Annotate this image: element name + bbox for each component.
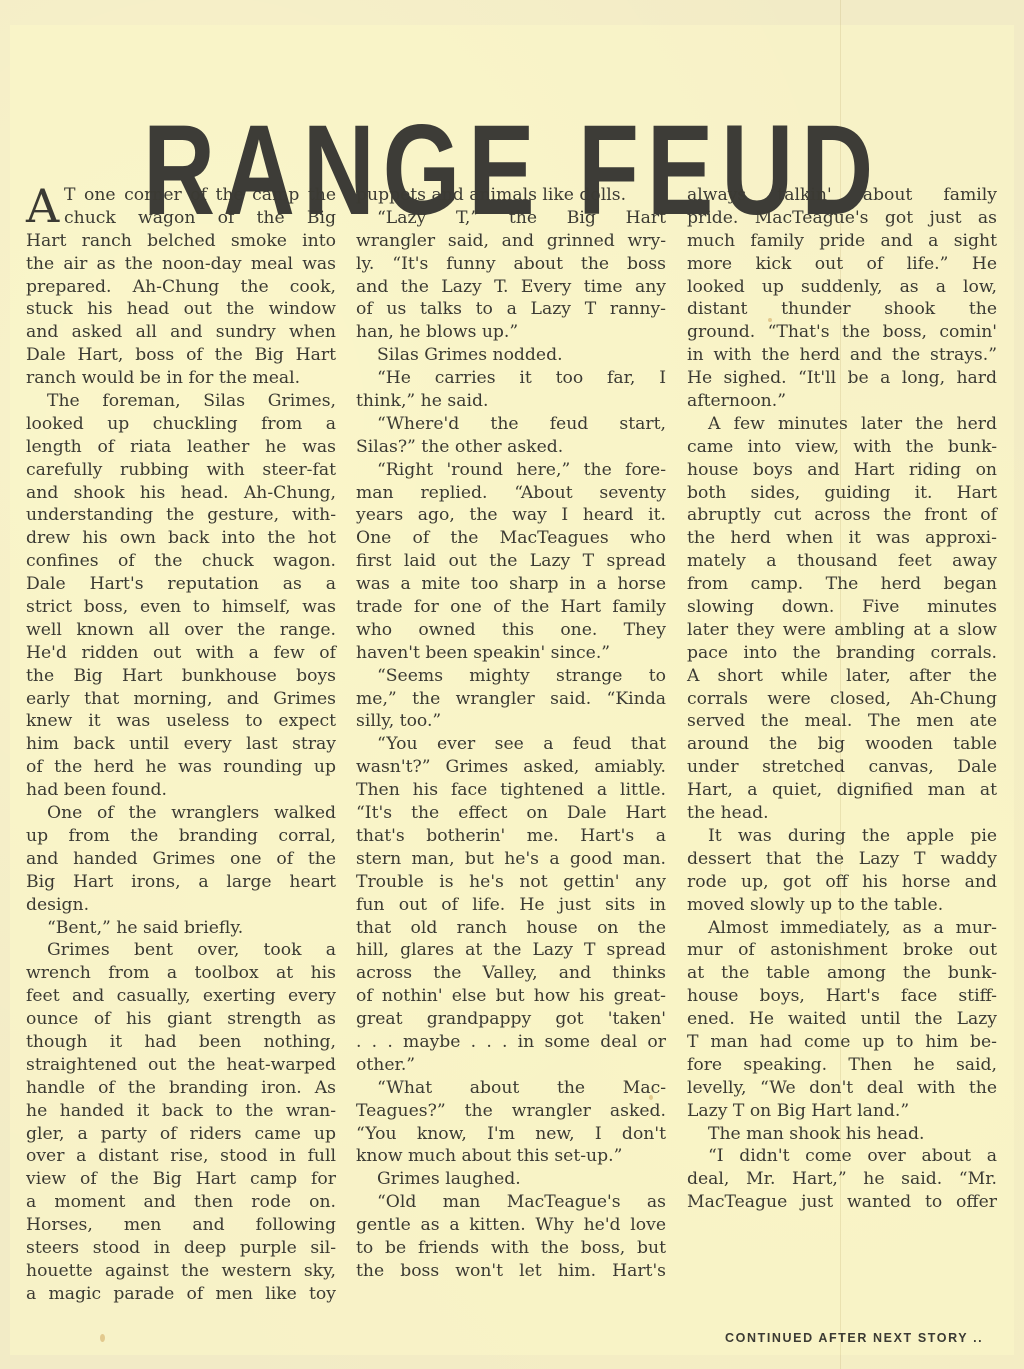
text-line: corrals were closed, Ah-Chung (687, 688, 997, 711)
text-line: ly. “It's funny about the boss (356, 253, 666, 276)
text-line: him back until every last stray (26, 733, 336, 756)
magazine-page: RANGE FEUD A T one corner of the camp th… (0, 0, 1024, 1369)
text-line: served the meal. The men ate (687, 710, 997, 733)
text-line: “You ever see a feud that (356, 733, 666, 756)
text-line: “I didn't come over about a (687, 1145, 997, 1168)
text-line: and the Lazy T. Every time any (356, 276, 666, 299)
text-line: ened. He waited until the Lazy (687, 1008, 997, 1031)
text-line: distant thunder shook the (687, 298, 997, 321)
text-line: of nothin' else but how his great- (356, 985, 666, 1008)
text-line: came into view, with the bunk- (687, 436, 997, 459)
text-line: the herd when it was approxi- (687, 527, 997, 550)
text-line: the boss won't let him. Hart's (356, 1260, 666, 1283)
text-line: the Big Hart bunkhouse boys (26, 665, 336, 688)
text-line: gentle as a kitten. Why he'd love (356, 1214, 666, 1237)
text-line: mur of astonishment broke out (687, 939, 997, 962)
text-line: years ago, the way I heard it. (356, 504, 666, 527)
text-line: fore speaking. Then he said, (687, 1054, 997, 1077)
text-line: looked up chuckling from a (26, 413, 336, 436)
text-line: rode up, got off his horse and (687, 871, 997, 894)
text-line: mately a thousand feet away (687, 550, 997, 573)
text-line: Teagues?” the wrangler asked. (356, 1100, 666, 1123)
text-line: and asked all and sundry when (26, 321, 336, 344)
text-line: understanding the gesture, with- (26, 504, 336, 527)
text-line: stuck his head out the window (26, 298, 336, 321)
text-line: “It's the effect on Dale Hart (356, 802, 666, 825)
text-line: across the Valley, and thinks (356, 962, 666, 985)
text-line: around the big wooden table (687, 733, 997, 756)
text-line: pride. MacTeague's got just as (687, 207, 997, 230)
text-line: ranch would be in for the meal. (26, 367, 336, 390)
text-line: “He carries it too far, I (356, 367, 666, 390)
text-line: “What about the Mac- (356, 1077, 666, 1100)
text-line: fun out of life. He just sits in (356, 894, 666, 917)
text-line: He'd ridden out with a few of (26, 642, 336, 665)
text-line: wrench from a toolbox at his (26, 962, 336, 985)
text-line: chuck wagon of the Big (26, 207, 336, 230)
text-line: other.” (356, 1054, 666, 1077)
drop-cap: A (26, 186, 59, 226)
text-line: A few minutes later the herd (687, 413, 997, 436)
text-line: over a distant rise, stood in full (26, 1145, 336, 1168)
text-line: that old ranch house on the (356, 917, 666, 940)
text-line: levelly, “We don't deal with the (687, 1077, 997, 1100)
text-line: . . . maybe . . . in some deal or (356, 1031, 666, 1054)
text-line: slowing down. Five minutes (687, 596, 997, 619)
text-line: was a mite too sharp in a horse (356, 573, 666, 596)
text-line: Dale Hart, boss of the Big Hart (26, 344, 336, 367)
text-line: in with the herd and the strays.” (687, 344, 997, 367)
text-line: design. (26, 894, 336, 917)
text-line: house boys, Hart's face stiff- (687, 985, 997, 1008)
text-line: drew his own back into the hot (26, 527, 336, 550)
text-line: prepared. Ah-Chung the cook, (26, 276, 336, 299)
text-line: stern man, but he's a good man. (356, 848, 666, 871)
text-line: that's botherin' me. Hart's a (356, 825, 666, 848)
text-line: haven't been speakin' since.” (356, 642, 666, 665)
text-line: me,” the wrangler said. “Kinda (356, 688, 666, 711)
text-line: Silas?” the other asked. (356, 436, 666, 459)
text-line: looked up suddenly, as a low, (687, 276, 997, 299)
text-line: know much about this set-up.” (356, 1145, 666, 1168)
text-line: strict boss, even to himself, was (26, 596, 336, 619)
text-line: a magic parade of men like toy (26, 1283, 336, 1306)
text-line: straightened out the heat-warped (26, 1054, 336, 1077)
text-line: steers stood in deep purple sil- (26, 1237, 336, 1260)
text-line: “Where'd the feud start, (356, 413, 666, 436)
text-line: and shook his head. Ah-Chung, (26, 482, 336, 505)
text-line: trade for one of the Hart family (356, 596, 666, 619)
text-line: handle of the branding iron. As (26, 1077, 336, 1100)
text-line: The man shook his head. (687, 1123, 997, 1146)
text-line: han, he blows up.” (356, 321, 666, 344)
text-line: He sighed. “It'll be a long, hard (687, 367, 997, 390)
text-line: man replied. “About seventy (356, 482, 666, 505)
text-line: Trouble is he's not gettin' any (356, 871, 666, 894)
text-line: first laid out the Lazy T spread (356, 550, 666, 573)
text-line: One of the MacTeagues who (356, 527, 666, 550)
text-line: wrangler said, and grinned wry- (356, 230, 666, 253)
text-line: dessert that the Lazy T waddy (687, 848, 997, 871)
text-line: of us talks to a Lazy T ranny- (356, 298, 666, 321)
text-line: confines of the chuck wagon. (26, 550, 336, 573)
text-line: Hart, a quiet, dignified man at (687, 779, 997, 802)
text-line: silly, too.” (356, 710, 666, 733)
continued-notice: CONTINUED AFTER NEXT STORY .. (725, 1331, 983, 1345)
text-line: Silas Grimes nodded. (356, 344, 666, 367)
text-column-2: puppets and animals like dolls.“Lazy T,”… (356, 184, 666, 1283)
text-line: under stretched canvas, Dale (687, 756, 997, 779)
text-line: MacTeague just wanted to offer (687, 1191, 997, 1214)
text-line: to be friends with the boss, but (356, 1237, 666, 1260)
text-line: length of riata leather he was (26, 436, 336, 459)
text-line: later they were ambling at a slow (687, 619, 997, 642)
text-line: had been found. (26, 779, 336, 802)
text-line: house boys and Hart riding on (687, 459, 997, 482)
text-line: Grimes bent over, took a (26, 939, 336, 962)
text-line: moved slowly up to the table. (687, 894, 997, 917)
text-line: Almost immediately, as a mur- (687, 917, 997, 940)
text-line: and handed Grimes one of the (26, 848, 336, 871)
text-line: Lazy T on Big Hart land.” (687, 1100, 997, 1123)
text-line: view of the Big Hart camp for (26, 1168, 336, 1191)
text-line: T one corner of the camp the (26, 184, 336, 207)
text-line: houette against the western sky, (26, 1260, 336, 1283)
text-line: well known all over the range. (26, 619, 336, 642)
text-line: Dale Hart's reputation as a (26, 573, 336, 596)
text-line: from camp. The herd began (687, 573, 997, 596)
text-line: always talkin' about family (687, 184, 997, 207)
text-line: “Seems mighty strange to (356, 665, 666, 688)
text-line: hill, glares at the Lazy T spread (356, 939, 666, 962)
text-line: ground. “That's the boss, comin' (687, 321, 997, 344)
text-line: carefully rubbing with steer-fat (26, 459, 336, 482)
text-line: the air as the noon-day meal was (26, 253, 336, 276)
text-line: wasn't?” Grimes asked, amiably. (356, 756, 666, 779)
text-line: A short while later, after the (687, 665, 997, 688)
text-line: pace into the branding corrals. (687, 642, 997, 665)
text-line: feet and casually, exerting every (26, 985, 336, 1008)
text-line: though it had been nothing, (26, 1031, 336, 1054)
text-line: One of the wranglers walked (26, 802, 336, 825)
text-line: think,” he said. (356, 390, 666, 413)
text-line: “Lazy T,” the Big Hart (356, 207, 666, 230)
text-line: the head. (687, 802, 997, 825)
text-line: more kick out of life.” He (687, 253, 997, 276)
text-line: The foreman, Silas Grimes, (26, 390, 336, 413)
text-line: up from the branding corral, (26, 825, 336, 848)
text-column-1: A T one corner of the camp thechuck wago… (26, 184, 336, 1306)
text-line: abruptly cut across the front of (687, 504, 997, 527)
text-line: at the table among the bunk- (687, 962, 997, 985)
text-line: a moment and then rode on. (26, 1191, 336, 1214)
text-line: Grimes laughed. (356, 1168, 666, 1191)
text-line: T man had come up to him be- (687, 1031, 997, 1054)
text-line: Hart ranch belched smoke into (26, 230, 336, 253)
text-line: “You know, I'm new, I don't (356, 1123, 666, 1146)
text-line: early that morning, and Grimes (26, 688, 336, 711)
text-line: Horses, men and following (26, 1214, 336, 1237)
text-line: deal, Mr. Hart,” he said. “Mr. (687, 1168, 997, 1191)
paper-stain (100, 1334, 105, 1342)
text-line: he handed it back to the wran- (26, 1100, 336, 1123)
text-line: ounce of his giant strength as (26, 1008, 336, 1031)
text-line: who owned this one. They (356, 619, 666, 642)
text-line: “Right 'round here,” the fore- (356, 459, 666, 482)
text-line: “Old man MacTeague's as (356, 1191, 666, 1214)
text-line: Then his face tightened a little. (356, 779, 666, 802)
text-line: It was during the apple pie (687, 825, 997, 848)
text-line: much family pride and a sight (687, 230, 997, 253)
text-line: great grandpappy got 'taken' (356, 1008, 666, 1031)
text-line: “Bent,” he said briefly. (26, 917, 336, 940)
text-line: Big Hart irons, a large heart (26, 871, 336, 894)
text-column-3: always talkin' about familypride. MacTea… (687, 184, 997, 1214)
text-line: puppets and animals like dolls. (356, 184, 666, 207)
text-line: gler, a party of riders came up (26, 1123, 336, 1146)
text-line: both sides, guiding it. Hart (687, 482, 997, 505)
text-line: knew it was useless to expect (26, 710, 336, 733)
text-line: afternoon.” (687, 390, 997, 413)
text-line: of the herd he was rounding up (26, 756, 336, 779)
